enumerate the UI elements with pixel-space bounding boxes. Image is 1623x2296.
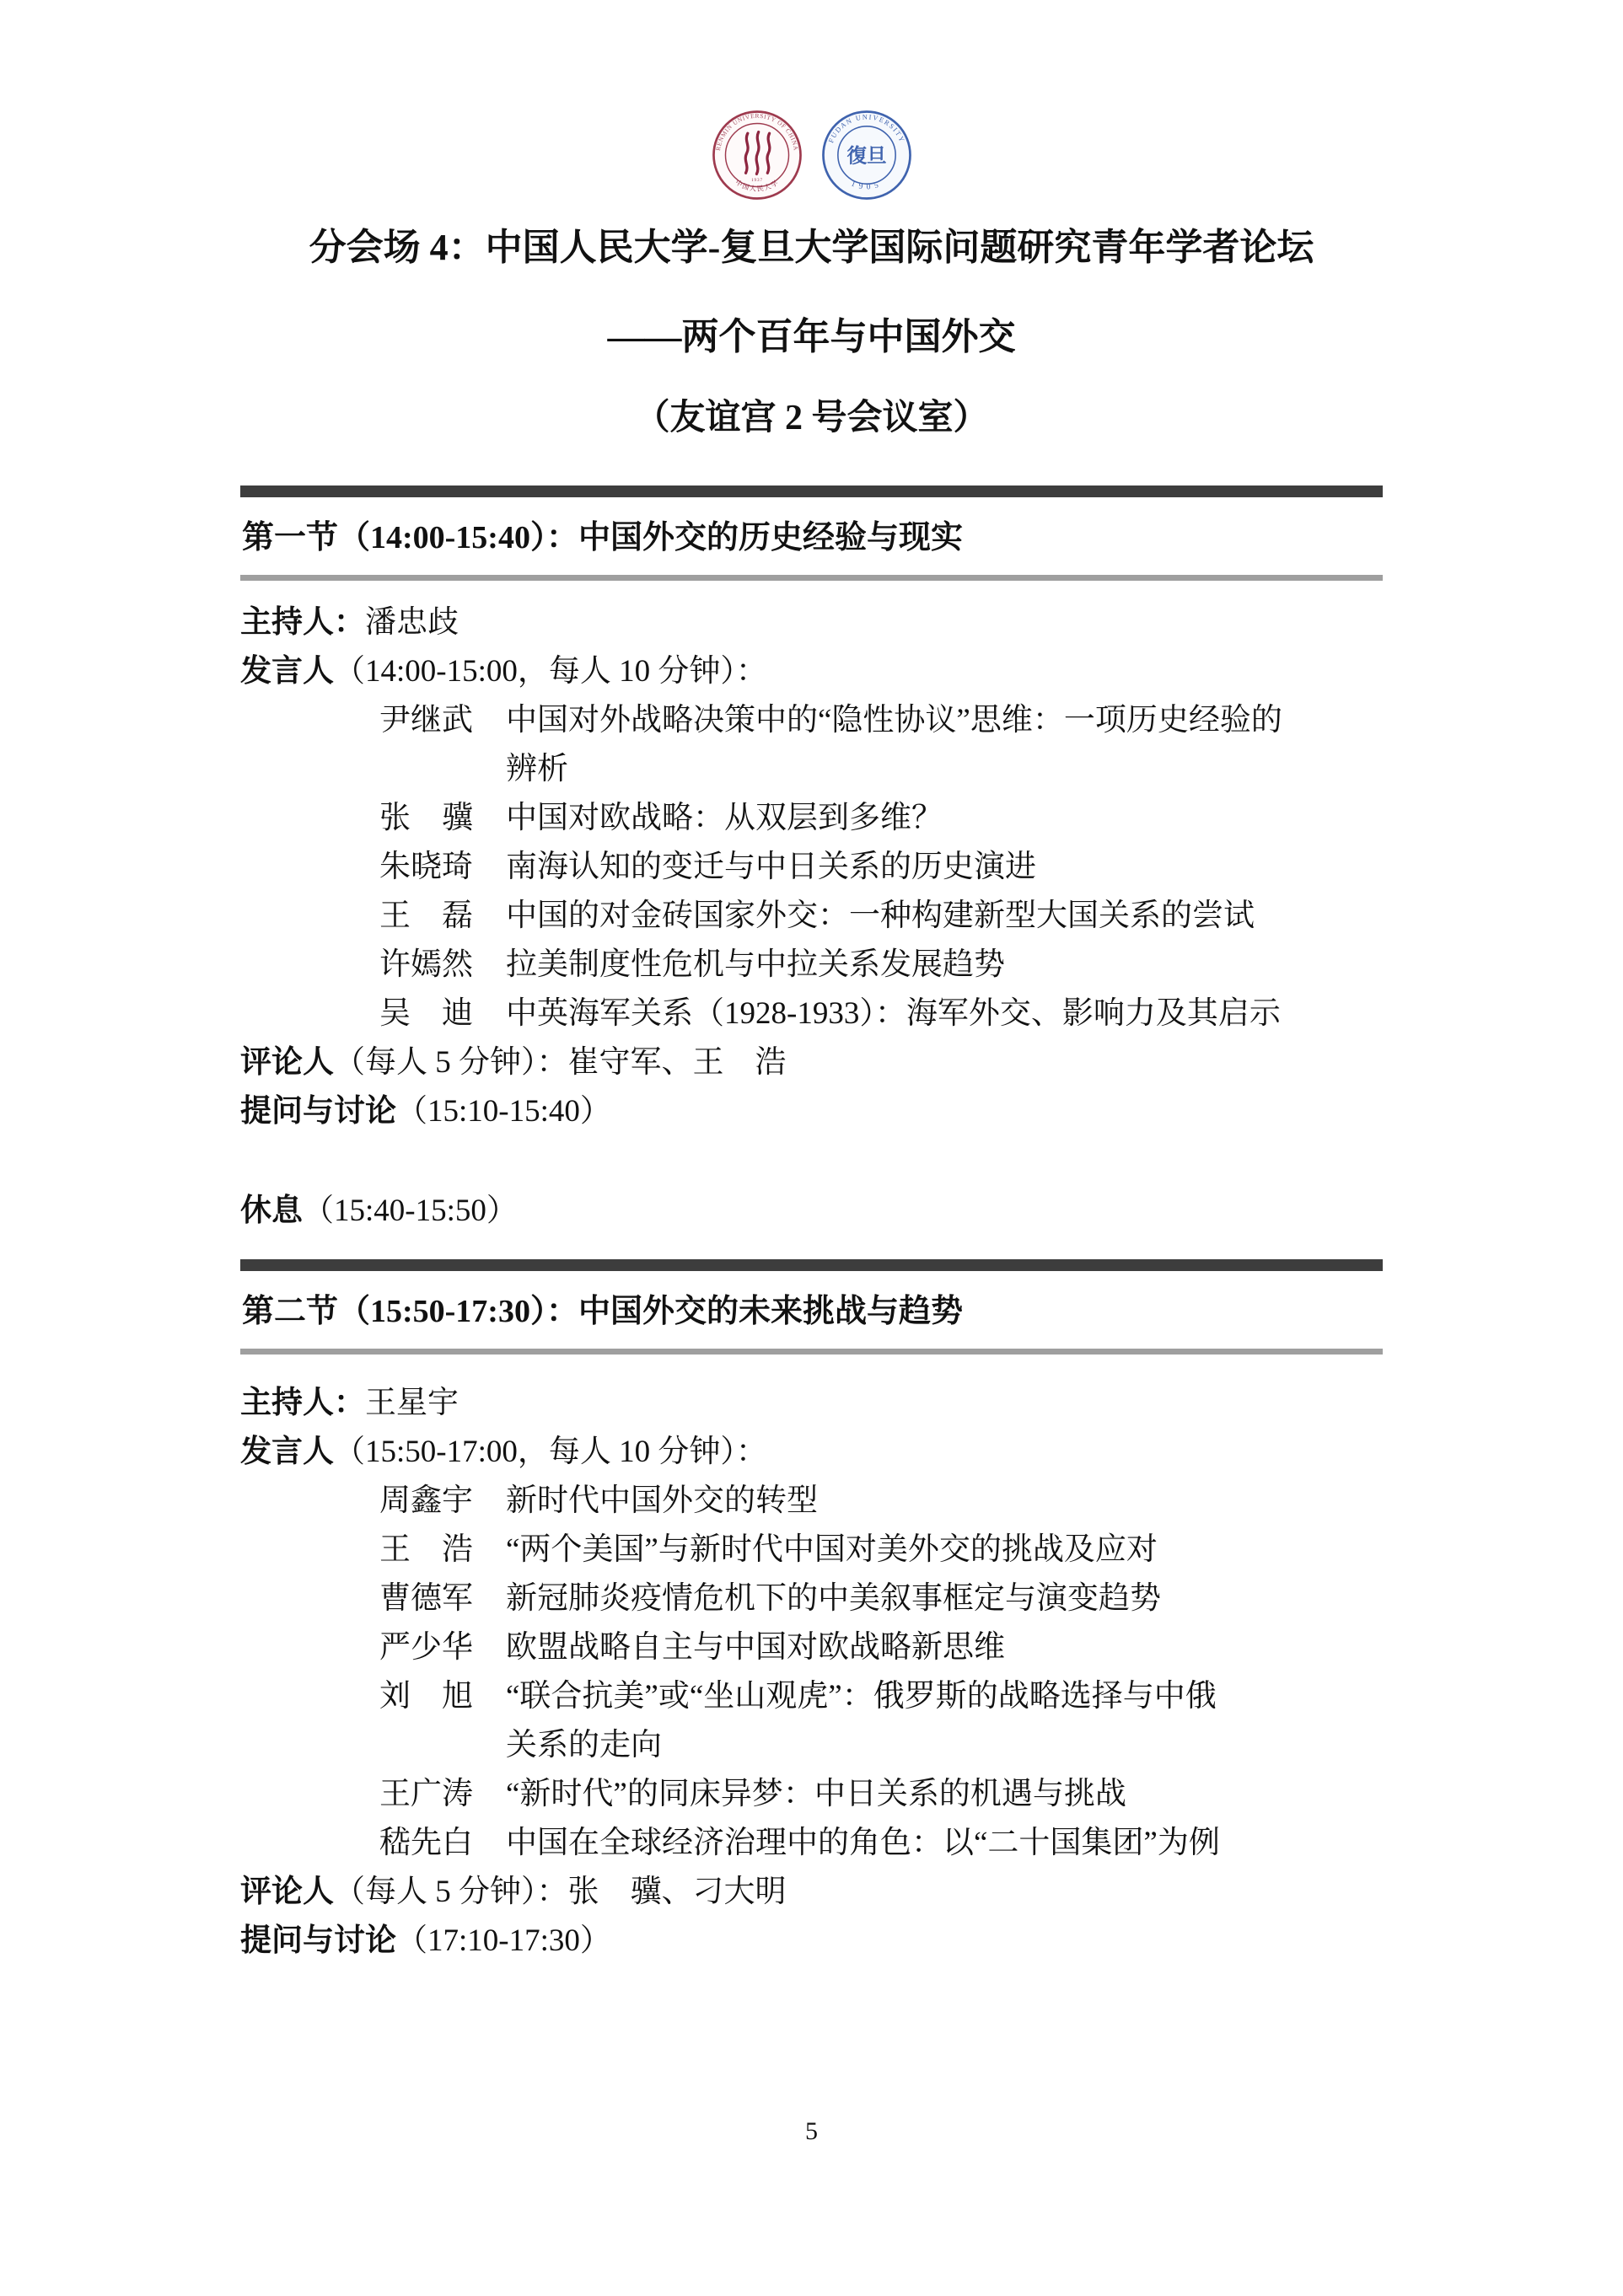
- speaker-title: “新时代”的同床异梦：中日关系的机遇与挑战: [506, 1770, 1383, 1819]
- speakers-note: （14:00-15:00，每人 10 分钟）：: [334, 654, 767, 689]
- speaker-row: 严少华 欧盟战略自主与中国对欧战略新思维: [240, 1623, 1383, 1672]
- speakers-label: 发言人: [240, 1435, 334, 1469]
- session-2-heading: 第二节（15:50-17:30）：中国外交的未来挑战与趋势: [240, 1271, 1383, 1349]
- session-2-bottom-rule: [240, 1349, 1383, 1355]
- program-page: RENMIN UNIVERSITY OF CHINA 1937 中国人民大学: [0, 0, 1623, 2296]
- speakers-label: 发言人: [240, 654, 334, 689]
- speaker-title: 新冠肺炎疫情危机下的中美叙事框定与演变趋势: [506, 1574, 1383, 1623]
- session-1: 第一节（14:00-15:40）：中国外交的历史经验与现实 主持人：潘忠歧 发言…: [240, 485, 1383, 1136]
- chair-label: 主持人：: [240, 1386, 365, 1420]
- chair-name: 潘忠歧: [365, 605, 459, 640]
- chair-label: 主持人：: [240, 605, 365, 640]
- speaker-title: 欧盟战略自主与中国对欧战略新思维: [506, 1623, 1383, 1672]
- speaker-row: 吴 迪 中英海军关系（1928-1933）：海军外交、影响力及其启示: [240, 990, 1383, 1038]
- speaker-row: 王 浩 “两个美国”与新时代中国对美外交的挑战及应对: [240, 1526, 1383, 1574]
- speaker-row: 朱晓琦 南海认知的变迁与中日关系的历史演进: [240, 843, 1383, 892]
- speaker-name: 尹继武: [379, 696, 506, 794]
- speaker-name: 严少华: [379, 1623, 506, 1672]
- speaker-name: 曹德军: [379, 1574, 506, 1623]
- speaker-name: 张 骥: [379, 794, 506, 843]
- speaker-title: 中国的对金砖国家外交：一种构建新型大国关系的尝试: [506, 892, 1383, 941]
- discussants-line: 评论人（每人 5 分钟）：崔守军、王 浩: [240, 1038, 1383, 1087]
- header-logos: RENMIN UNIVERSITY OF CHINA 1937 中国人民大学: [240, 0, 1383, 202]
- session-1-body: 主持人：潘忠歧 发言人（14:00-15:00，每人 10 分钟）： 尹继武 中…: [240, 598, 1383, 1136]
- chair-line: 主持人：潘忠歧: [240, 598, 1383, 647]
- break-label: 休息: [240, 1194, 303, 1228]
- speaker-title: “联合抗美”或“坐山观虎”：俄罗斯的战略选择与中俄 关系的走向: [506, 1672, 1383, 1770]
- discussants-names: 张 骥、刁大明: [568, 1875, 787, 1909]
- renmin-founding-year: 1937: [751, 178, 763, 183]
- qa-label: 提问与讨论: [240, 1923, 396, 1958]
- discussants-label: 评论人: [240, 1045, 334, 1080]
- discussants-note: （每人 5 分钟）：: [334, 1045, 568, 1080]
- speaker-name: 王广涛: [379, 1770, 506, 1819]
- speaker-title: 中英海军关系（1928-1933）：海军外交、影响力及其启示: [506, 990, 1383, 1038]
- speaker-name: 王 磊: [379, 892, 506, 941]
- speaker-title: 新时代中国外交的转型: [506, 1477, 1383, 1526]
- speaker-title: 中国在全球经济治理中的角色：以“二十国集团”为例: [506, 1819, 1383, 1868]
- forum-title: 分会场 4：中国人民大学-复旦大学国际问题研究青年学者论坛: [240, 228, 1383, 268]
- discussants-line: 评论人（每人 5 分钟）：张 骥、刁大明: [240, 1868, 1383, 1917]
- qa-line: 提问与讨论（15:10-15:40）: [240, 1087, 1383, 1136]
- speaker-row: 曹德军 新冠肺炎疫情危机下的中美叙事框定与演变趋势: [240, 1574, 1383, 1623]
- speaker-row: 王广涛 “新时代”的同床异梦：中日关系的机遇与挑战: [240, 1770, 1383, 1819]
- speaker-row: 周鑫宇 新时代中国外交的转型: [240, 1477, 1383, 1526]
- speaker-row: 王 磊 中国的对金砖国家外交：一种构建新型大国关系的尝试: [240, 892, 1383, 941]
- qa-note: （17:10-17:30）: [396, 1923, 611, 1958]
- session-2-top-rule: [240, 1259, 1383, 1271]
- speaker-row: 刘 旭 “联合抗美”或“坐山观虎”：俄罗斯的战略选择与中俄 关系的走向: [240, 1672, 1383, 1770]
- speaker-title: 中国对欧战略：从双层到多维？: [506, 794, 1383, 843]
- qa-line: 提问与讨论（17:10-17:30）: [240, 1917, 1383, 1966]
- session-1-bottom-rule: [240, 575, 1383, 581]
- speaker-name: 吴 迪: [379, 990, 506, 1038]
- speakers-line: 发言人（15:50-17:00，每人 10 分钟）：: [240, 1428, 1383, 1477]
- qa-note: （15:10-15:40）: [396, 1094, 611, 1129]
- fudan-center-characters: 復旦: [846, 143, 887, 167]
- speaker-name: 周鑫宇: [379, 1477, 506, 1526]
- speaker-title: 拉美制度性危机与中拉关系发展趋势: [506, 941, 1383, 990]
- page-number: 5: [0, 2117, 1623, 2146]
- break-line: 休息（15:40-15:50）: [240, 1187, 1383, 1236]
- speaker-name: 王 浩: [379, 1526, 506, 1574]
- session-1-top-rule: [240, 485, 1383, 497]
- chair-name: 王星宇: [365, 1386, 459, 1420]
- venue-line: （友谊宫 2 号会议室）: [240, 398, 1383, 438]
- speaker-title: “两个美国”与新时代中国对美外交的挑战及应对: [506, 1526, 1383, 1574]
- speaker-name: 许嫣然: [379, 941, 506, 990]
- speakers-line: 发言人（14:00-15:00，每人 10 分钟）：: [240, 647, 1383, 696]
- speakers-note: （15:50-17:00，每人 10 分钟）：: [334, 1435, 767, 1469]
- fudan-university-logo: FUDAN UNIVERSITY 復旦 1905: [820, 108, 914, 202]
- session-1-heading: 第一节（14:00-15:40）：中国外交的历史经验与现实: [240, 497, 1383, 575]
- session-2-body: 主持人：王星宇 发言人（15:50-17:00，每人 10 分钟）： 周鑫宇 新…: [240, 1379, 1383, 1966]
- chair-line: 主持人：王星宇: [240, 1379, 1383, 1428]
- speaker-row: 许嫣然 拉美制度性危机与中拉关系发展趋势: [240, 941, 1383, 990]
- break-note: （15:40-15:50）: [303, 1194, 518, 1228]
- speaker-title: 南海认知的变迁与中日关系的历史演进: [506, 843, 1383, 892]
- discussants-note: （每人 5 分钟）：: [334, 1875, 568, 1909]
- speaker-name: 嵇先白: [379, 1819, 506, 1868]
- speaker-row: 张 骥 中国对欧战略：从双层到多维？: [240, 794, 1383, 843]
- speaker-row: 尹继武 中国对外战略决策中的“隐性协议”思维：一项历史经验的 辨析: [240, 696, 1383, 794]
- speaker-name: 朱晓琦: [379, 843, 506, 892]
- renmin-university-logo: RENMIN UNIVERSITY OF CHINA 1937 中国人民大学: [710, 108, 804, 202]
- session-2: 第二节（15:50-17:30）：中国外交的未来挑战与趋势 主持人：王星宇 发言…: [240, 1259, 1383, 1966]
- forum-subtitle: ——两个百年与中国外交: [240, 317, 1383, 357]
- qa-label: 提问与讨论: [240, 1094, 396, 1129]
- discussants-label: 评论人: [240, 1875, 334, 1909]
- speaker-row: 嵇先白 中国在全球经济治理中的角色：以“二十国集团”为例: [240, 1819, 1383, 1868]
- speaker-title: 中国对外战略决策中的“隐性协议”思维：一项历史经验的 辨析: [506, 696, 1383, 794]
- discussants-names: 崔守军、王 浩: [568, 1045, 787, 1080]
- speaker-name: 刘 旭: [379, 1672, 506, 1770]
